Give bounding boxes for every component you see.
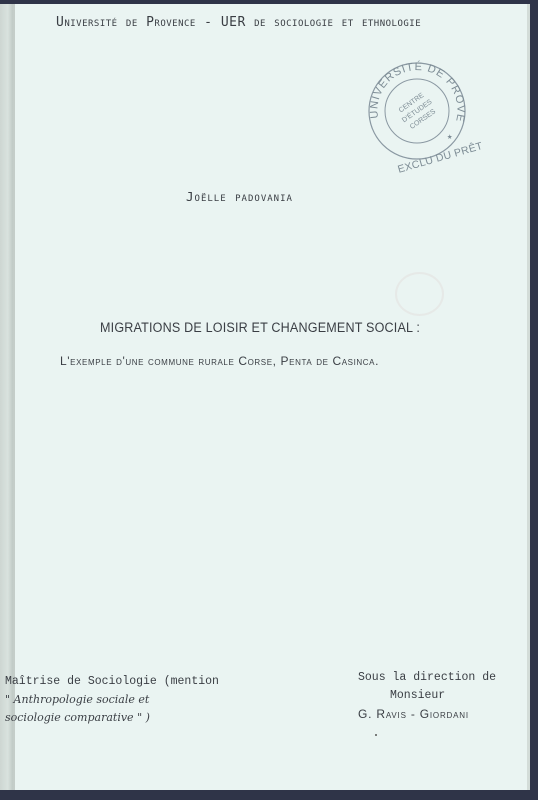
institution-header: Université de Provence - UER de sociolog…	[56, 15, 421, 30]
degree-line: Maîtrise de Sociologie (mention	[5, 673, 219, 691]
degree-line: " Anthropologie sociale et	[5, 691, 219, 709]
ink-dot	[375, 734, 377, 736]
supervisor-name: G. Ravis - Giordani	[358, 705, 496, 723]
degree-line: sociologie comparative " )	[5, 709, 219, 727]
star-icon: ★	[447, 132, 453, 142]
thesis-title: MIGRATIONS DE LOISIR ET CHANGEMENT SOCIA…	[100, 320, 420, 335]
faint-stamp-mark	[395, 272, 444, 316]
supervisor-info: Sous la direction de Monsieur G. Ravis -…	[358, 669, 496, 723]
page-edge	[527, 4, 530, 790]
author-name: Joëlle padovania	[186, 189, 293, 204]
document-page: Université de Provence - UER de sociolog…	[0, 4, 530, 790]
thesis-subtitle: L'exemple d'une commune rurale Corse, Pe…	[60, 354, 379, 368]
degree-info: Maîtrise de Sociologie (mention " Anthro…	[5, 673, 219, 727]
supervisor-line: Monsieur	[358, 687, 496, 705]
supervisor-line: Sous la direction de	[358, 669, 496, 687]
